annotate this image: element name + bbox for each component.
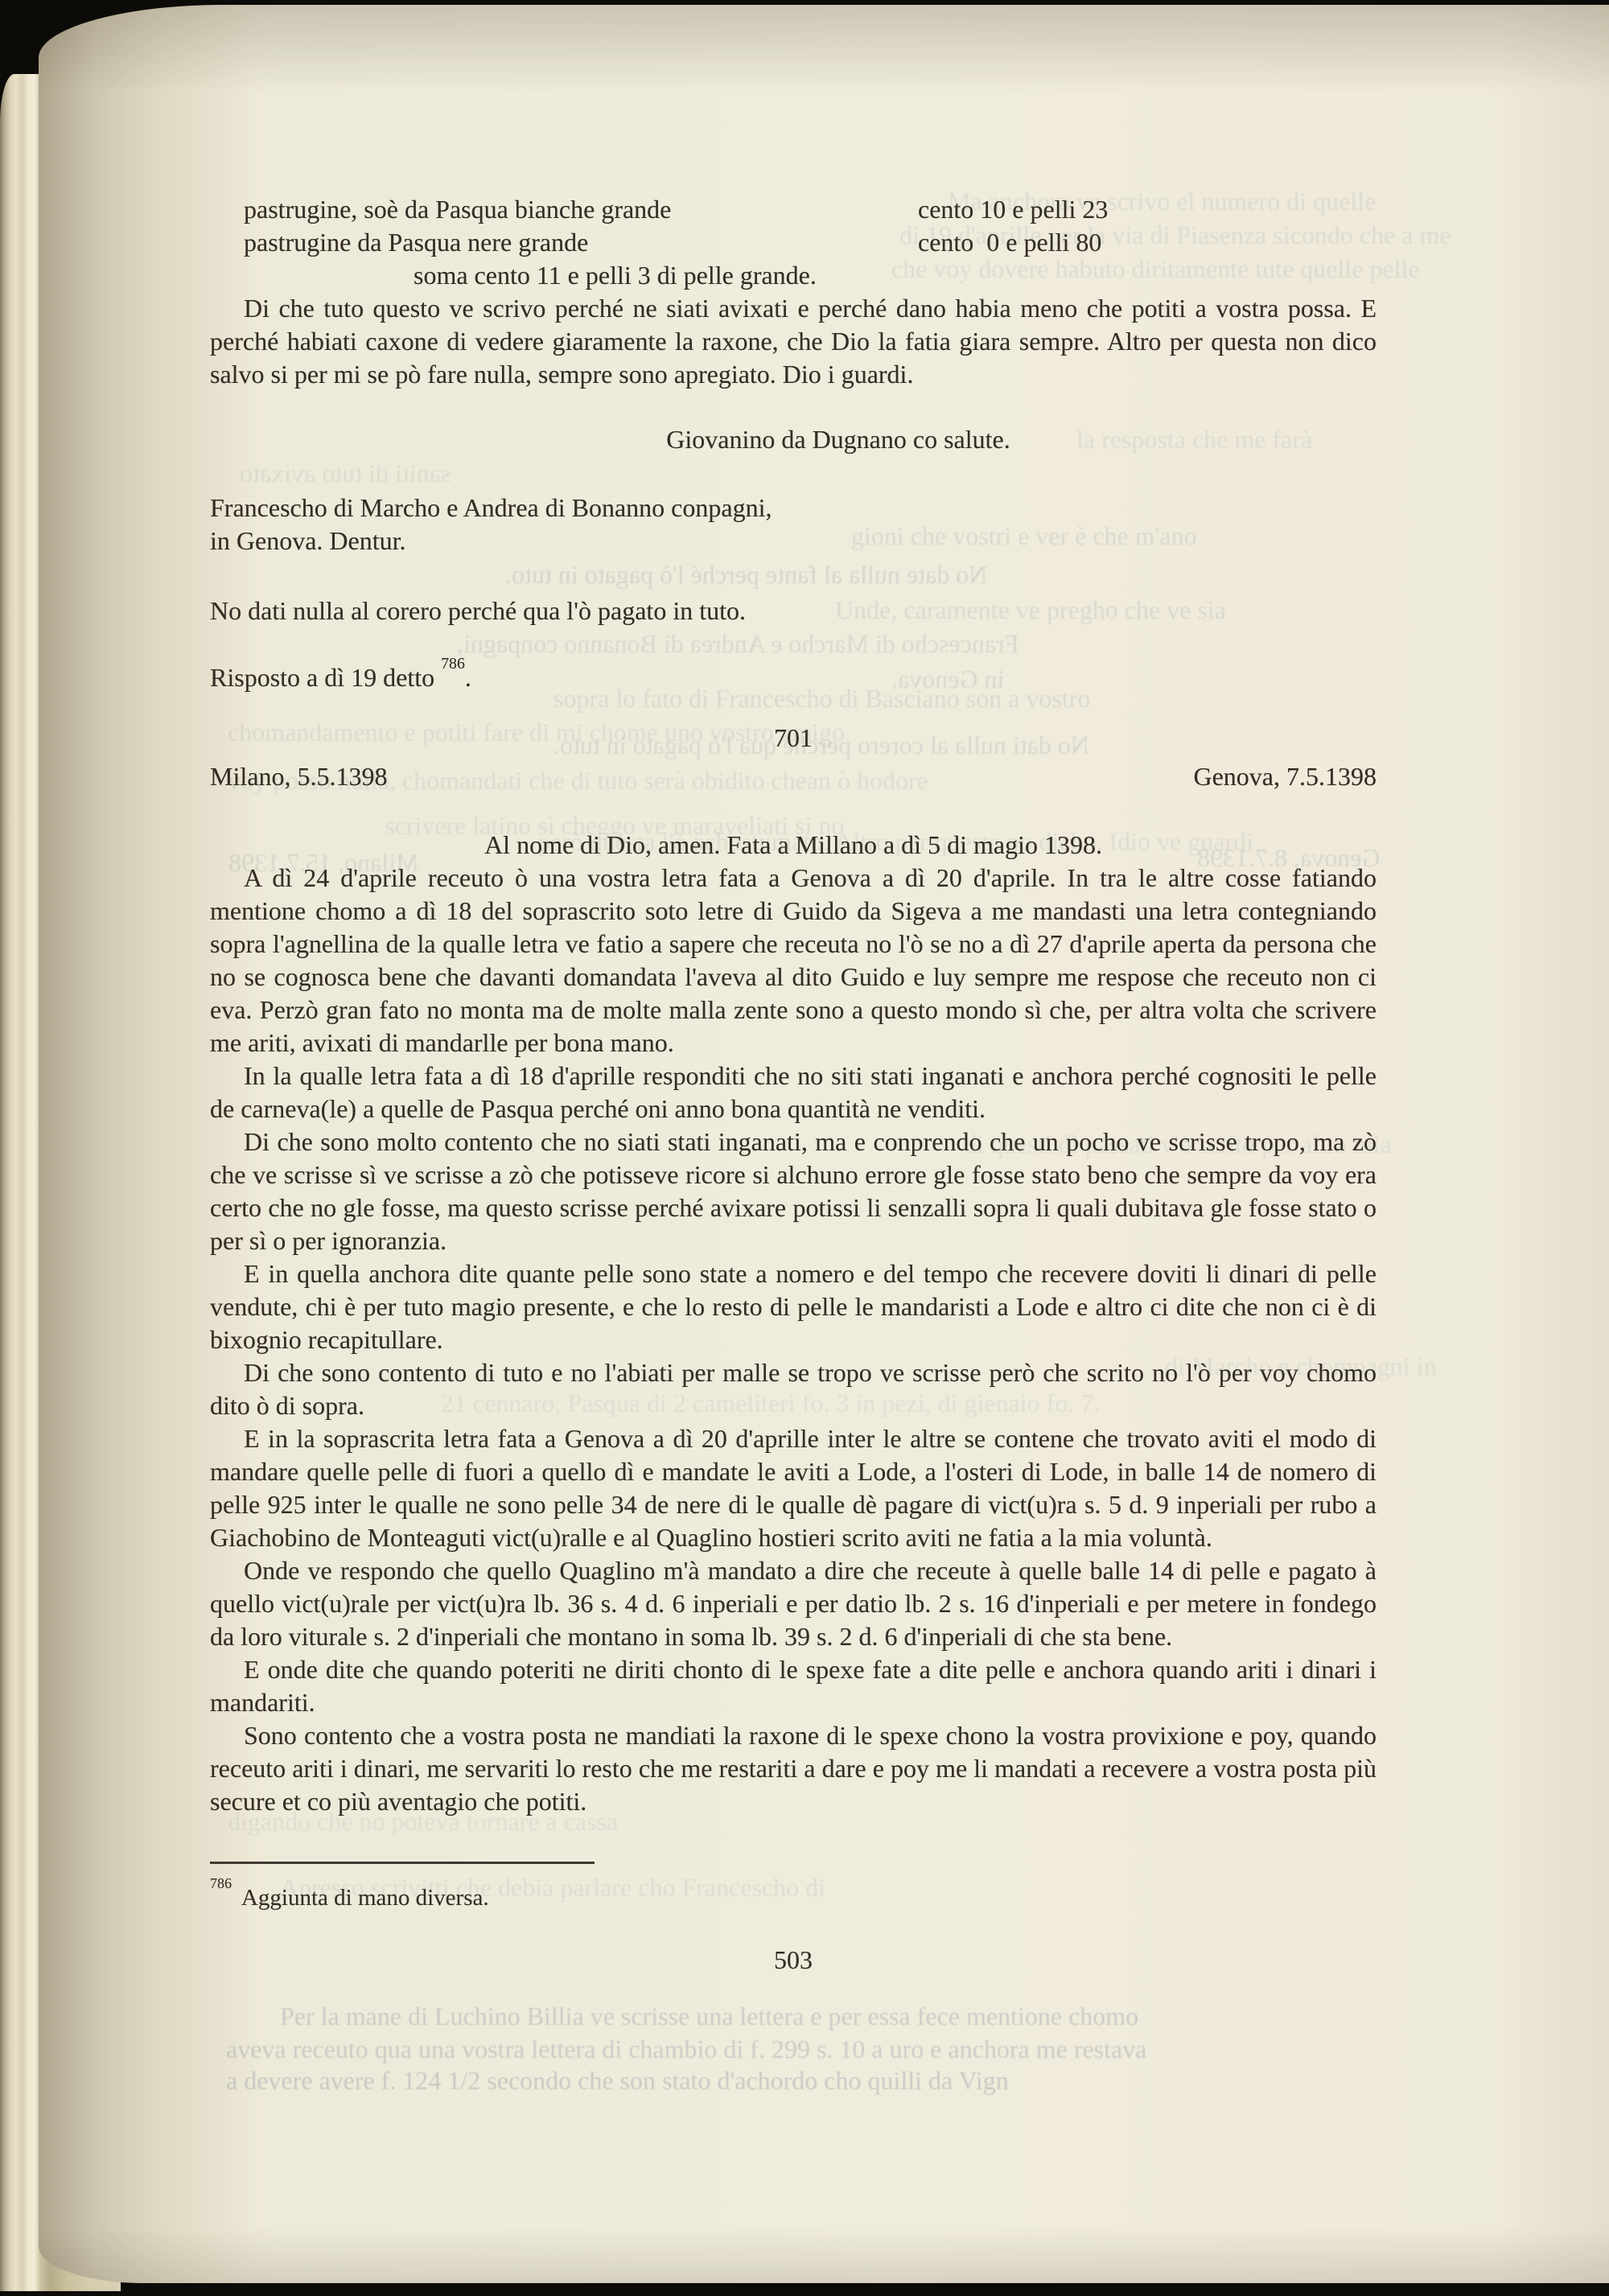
- address-line-1: Francescho di Marcho e Andrea di Bonanno…: [210, 492, 1376, 525]
- place-date-destination: Genova, 7.5.1398: [1193, 760, 1376, 793]
- letter-paragraph: E in quella anchora dite quante pelle so…: [210, 1257, 1376, 1356]
- pelt-tally: pastrugine, soè da Pasqua bianche grande…: [210, 193, 1376, 259]
- sender-salutation: Giovanino da Dugnano co salute.: [210, 423, 1376, 456]
- reply-note: Risposto a dì 19 detto 786.: [210, 661, 1376, 694]
- ledger-row-value: cento 0 e pelli 80: [918, 226, 1101, 259]
- letter-paragraph: E onde dite che quando poteriti ne dirit…: [210, 1653, 1376, 1719]
- reply-note-period: .: [465, 663, 471, 692]
- footnote-number: 786: [210, 1875, 232, 1891]
- ledger-row-label: pastrugine da Pasqua nere grande: [244, 226, 588, 259]
- pelt-tally-sum: soma cento 11 e pelli 3 di pelle grande.: [414, 259, 1376, 292]
- letter-paragraph: Di che sono molto contento che no siati …: [210, 1125, 1376, 1257]
- courier-note: No dati nulla al corero perché qua l'ò p…: [210, 595, 1376, 627]
- book-page-scan: Ma anchora ve scrivo el numero di quelle…: [0, 0, 1609, 2296]
- letter-paragraph: A dì 24 d'aprile receuto ò una vostra le…: [210, 862, 1376, 1060]
- previous-letter-closing: Di che tuto questo ve scrivo perché ne s…: [210, 292, 1376, 391]
- bleedthrough-text-line: a devere avere f. 124 1/2 secondo che so…: [226, 2064, 1009, 2097]
- letter-paragraph: In la qualle letra fata a dì 18 d'aprill…: [210, 1060, 1376, 1125]
- ledger-row: pastrugine, soè da Pasqua bianche grande…: [210, 193, 1376, 226]
- footnote-rule: [210, 1862, 595, 1864]
- letter-paragraph: Sono contento che a vostra posta ne mand…: [210, 1719, 1376, 1818]
- letter-number: 701: [210, 722, 1376, 755]
- letter-paragraph: E in la soprascrita letra fata a Genova …: [210, 1422, 1376, 1554]
- footnote-reference: 786: [441, 655, 465, 673]
- bleedthrough-text-line: aveva receuto qua una vostra lettera di …: [226, 2033, 1146, 2066]
- book-page: Ma anchora ve scrivo el numero di quelle…: [39, 5, 1609, 2283]
- letter-body: A dì 24 d'aprile receuto ò una vostra le…: [210, 862, 1376, 1818]
- page-number: 503: [210, 1944, 1376, 1977]
- places-dates-row: Milano, 5.5.1398 Genova, 7.5.1398: [210, 760, 1376, 793]
- ledger-row: pastrugine da Pasqua nere grandecento 0 …: [210, 226, 1376, 259]
- letter-paragraph: Di che sono contento di tuto e no l'abia…: [210, 1356, 1376, 1422]
- bleedthrough-text-line: Per la mane di Luchino Billia ve scrisse…: [280, 2000, 1138, 2033]
- address-line-2: in Genova. Dentur.: [210, 525, 1376, 558]
- ledger-row-value: cento 10 e pelli 23: [918, 193, 1108, 226]
- reply-note-text: Risposto a dì 19 detto: [210, 663, 441, 692]
- ledger-row-label: pastrugine, soè da Pasqua bianche grande: [244, 193, 671, 226]
- letter-paragraph: Onde ve respondo che quello Quaglino m'à…: [210, 1554, 1376, 1653]
- footnote-text: Aggiunta di mano diversa.: [241, 1885, 489, 1911]
- printed-text-block: pastrugine, soè da Pasqua bianche grande…: [210, 193, 1376, 1977]
- footnote: 786Aggiunta di mano diversa.: [210, 1882, 1376, 1915]
- letter-invocation: Al nome di Dio, amen. Fata a Millano a d…: [210, 829, 1376, 862]
- place-date-origin: Milano, 5.5.1398: [210, 760, 387, 793]
